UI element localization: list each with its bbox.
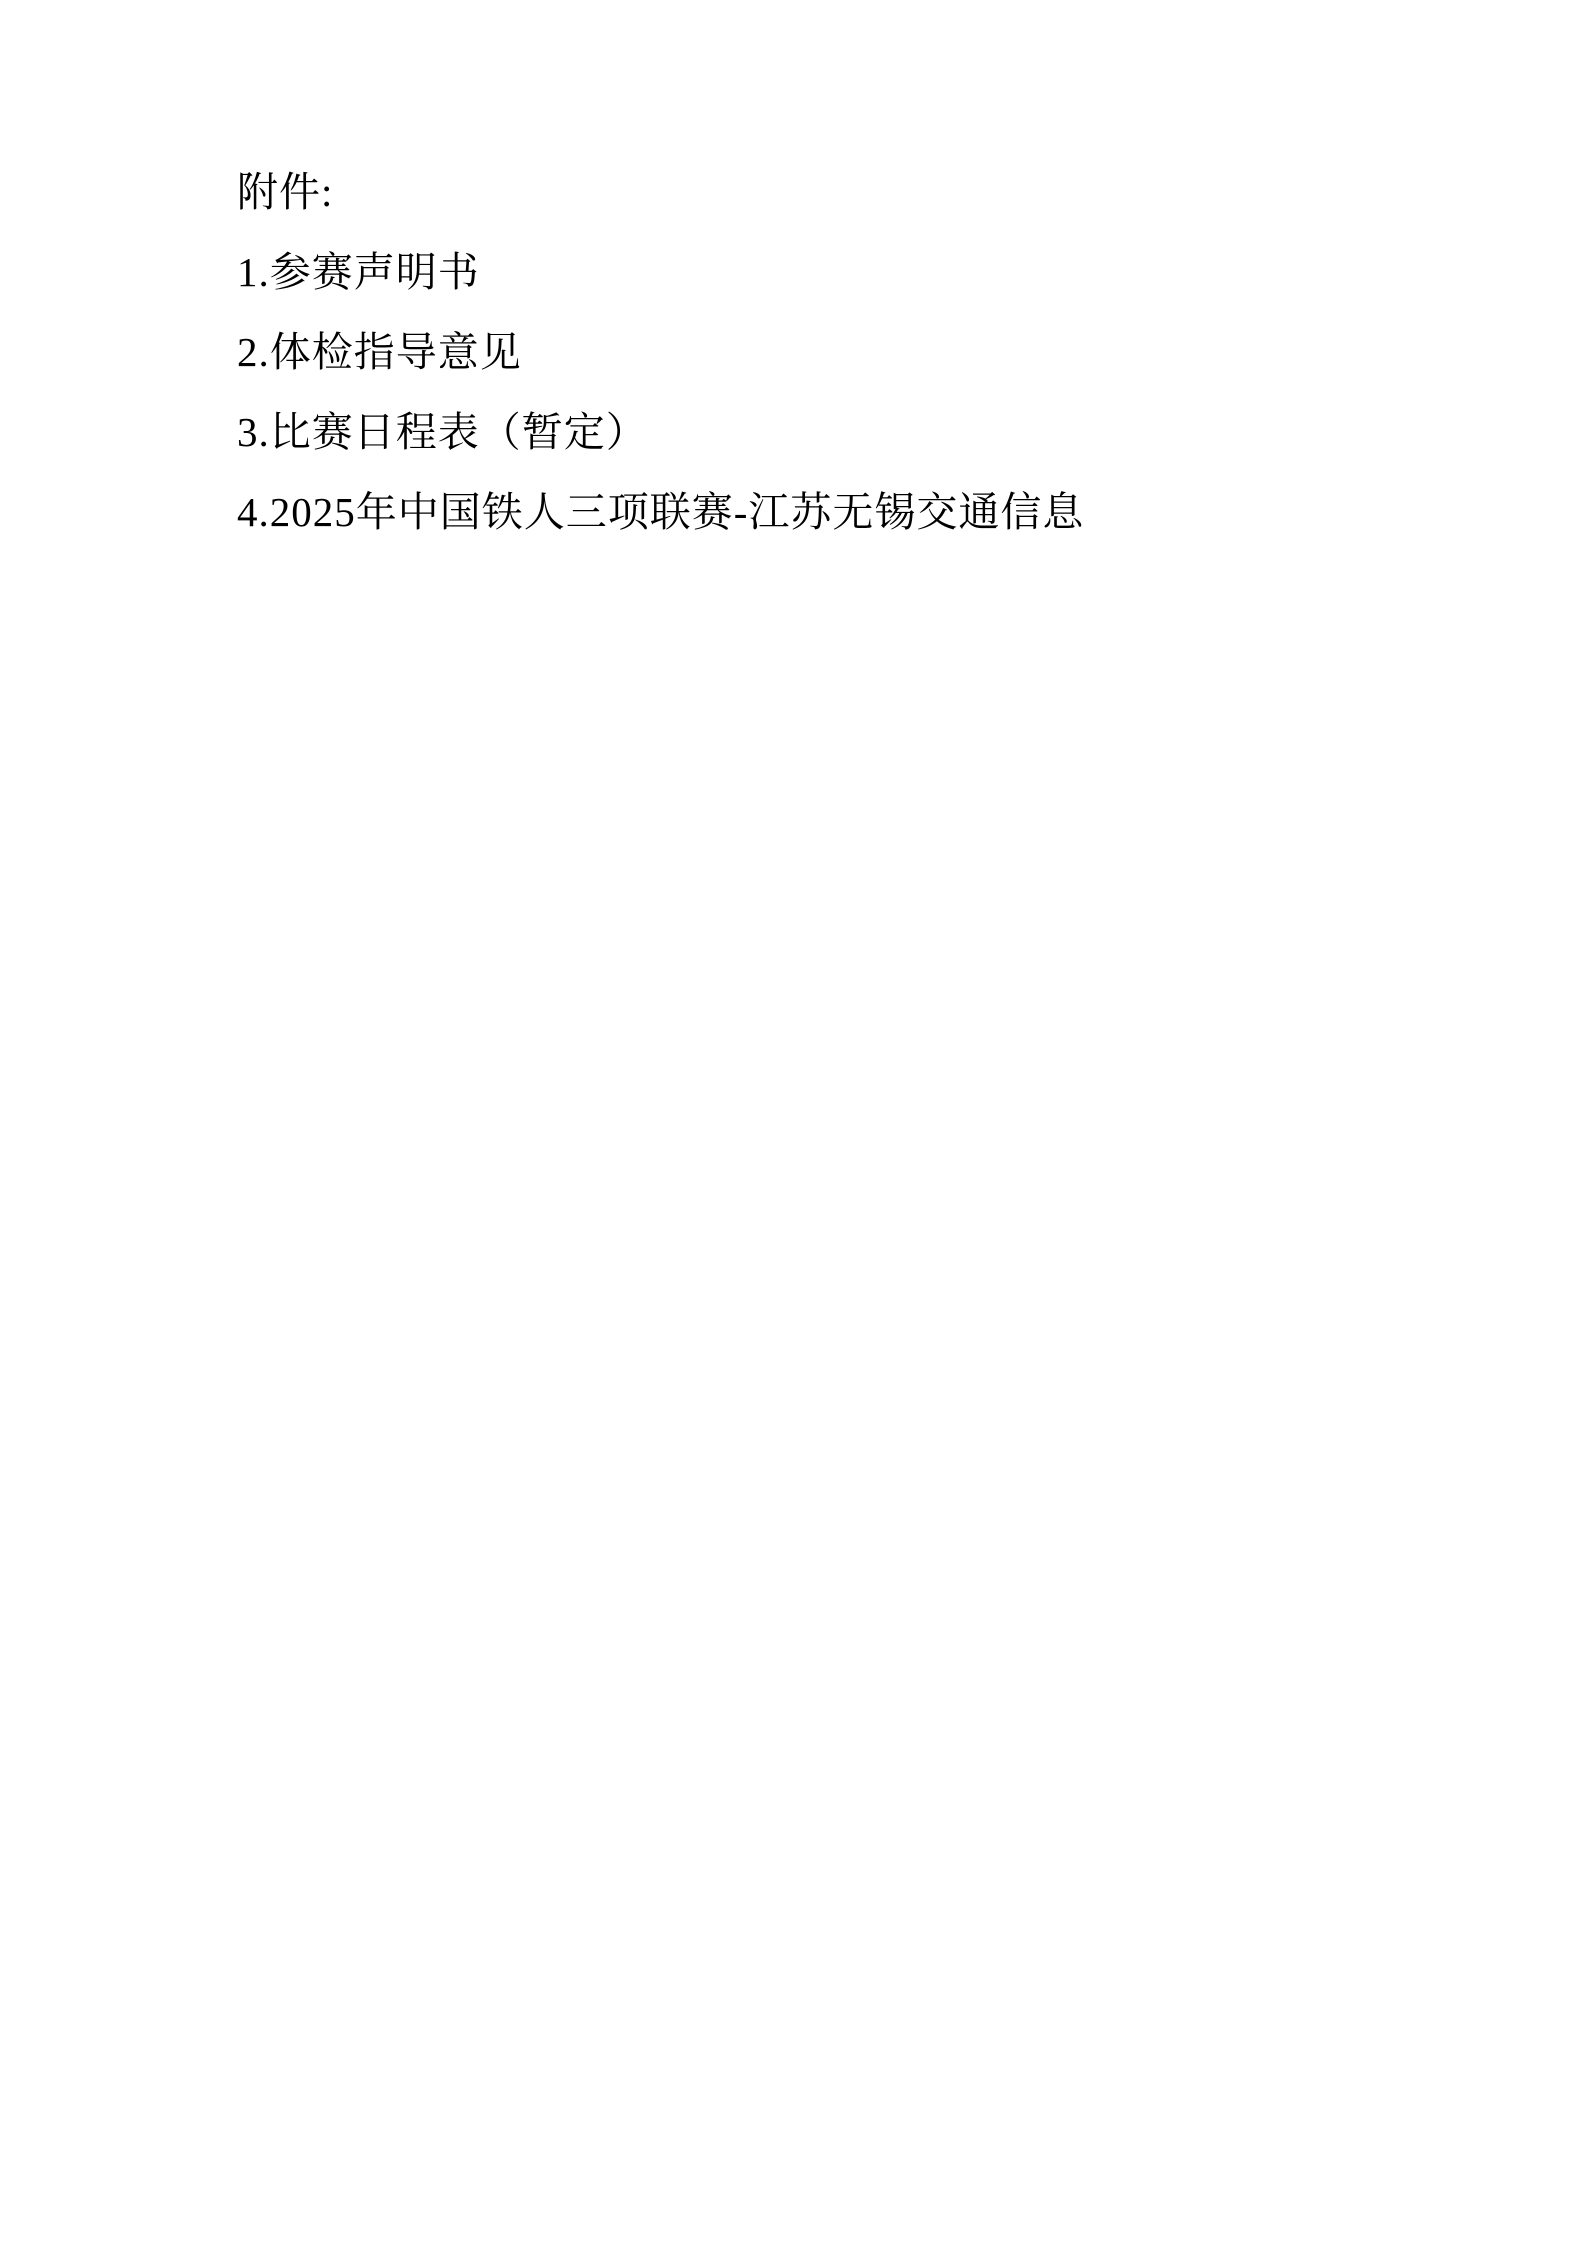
attachment-item-2: 2.体检指导意见 <box>237 312 1437 392</box>
attachment-item-1: 1.参赛声明书 <box>237 232 1437 312</box>
attachment-item-4: 4.2025年中国铁人三项联赛-江苏无锡交通信息 <box>237 472 1437 552</box>
attachments-heading: 附件: <box>237 152 1437 232</box>
attachments-section: 附件: 1.参赛声明书 2.体检指导意见 3.比赛日程表（暂定） 4.2025年… <box>237 152 1437 552</box>
attachment-item-3: 3.比赛日程表（暂定） <box>237 392 1437 472</box>
document-page: 附件: 1.参赛声明书 2.体检指导意见 3.比赛日程表（暂定） 4.2025年… <box>0 0 1587 2245</box>
